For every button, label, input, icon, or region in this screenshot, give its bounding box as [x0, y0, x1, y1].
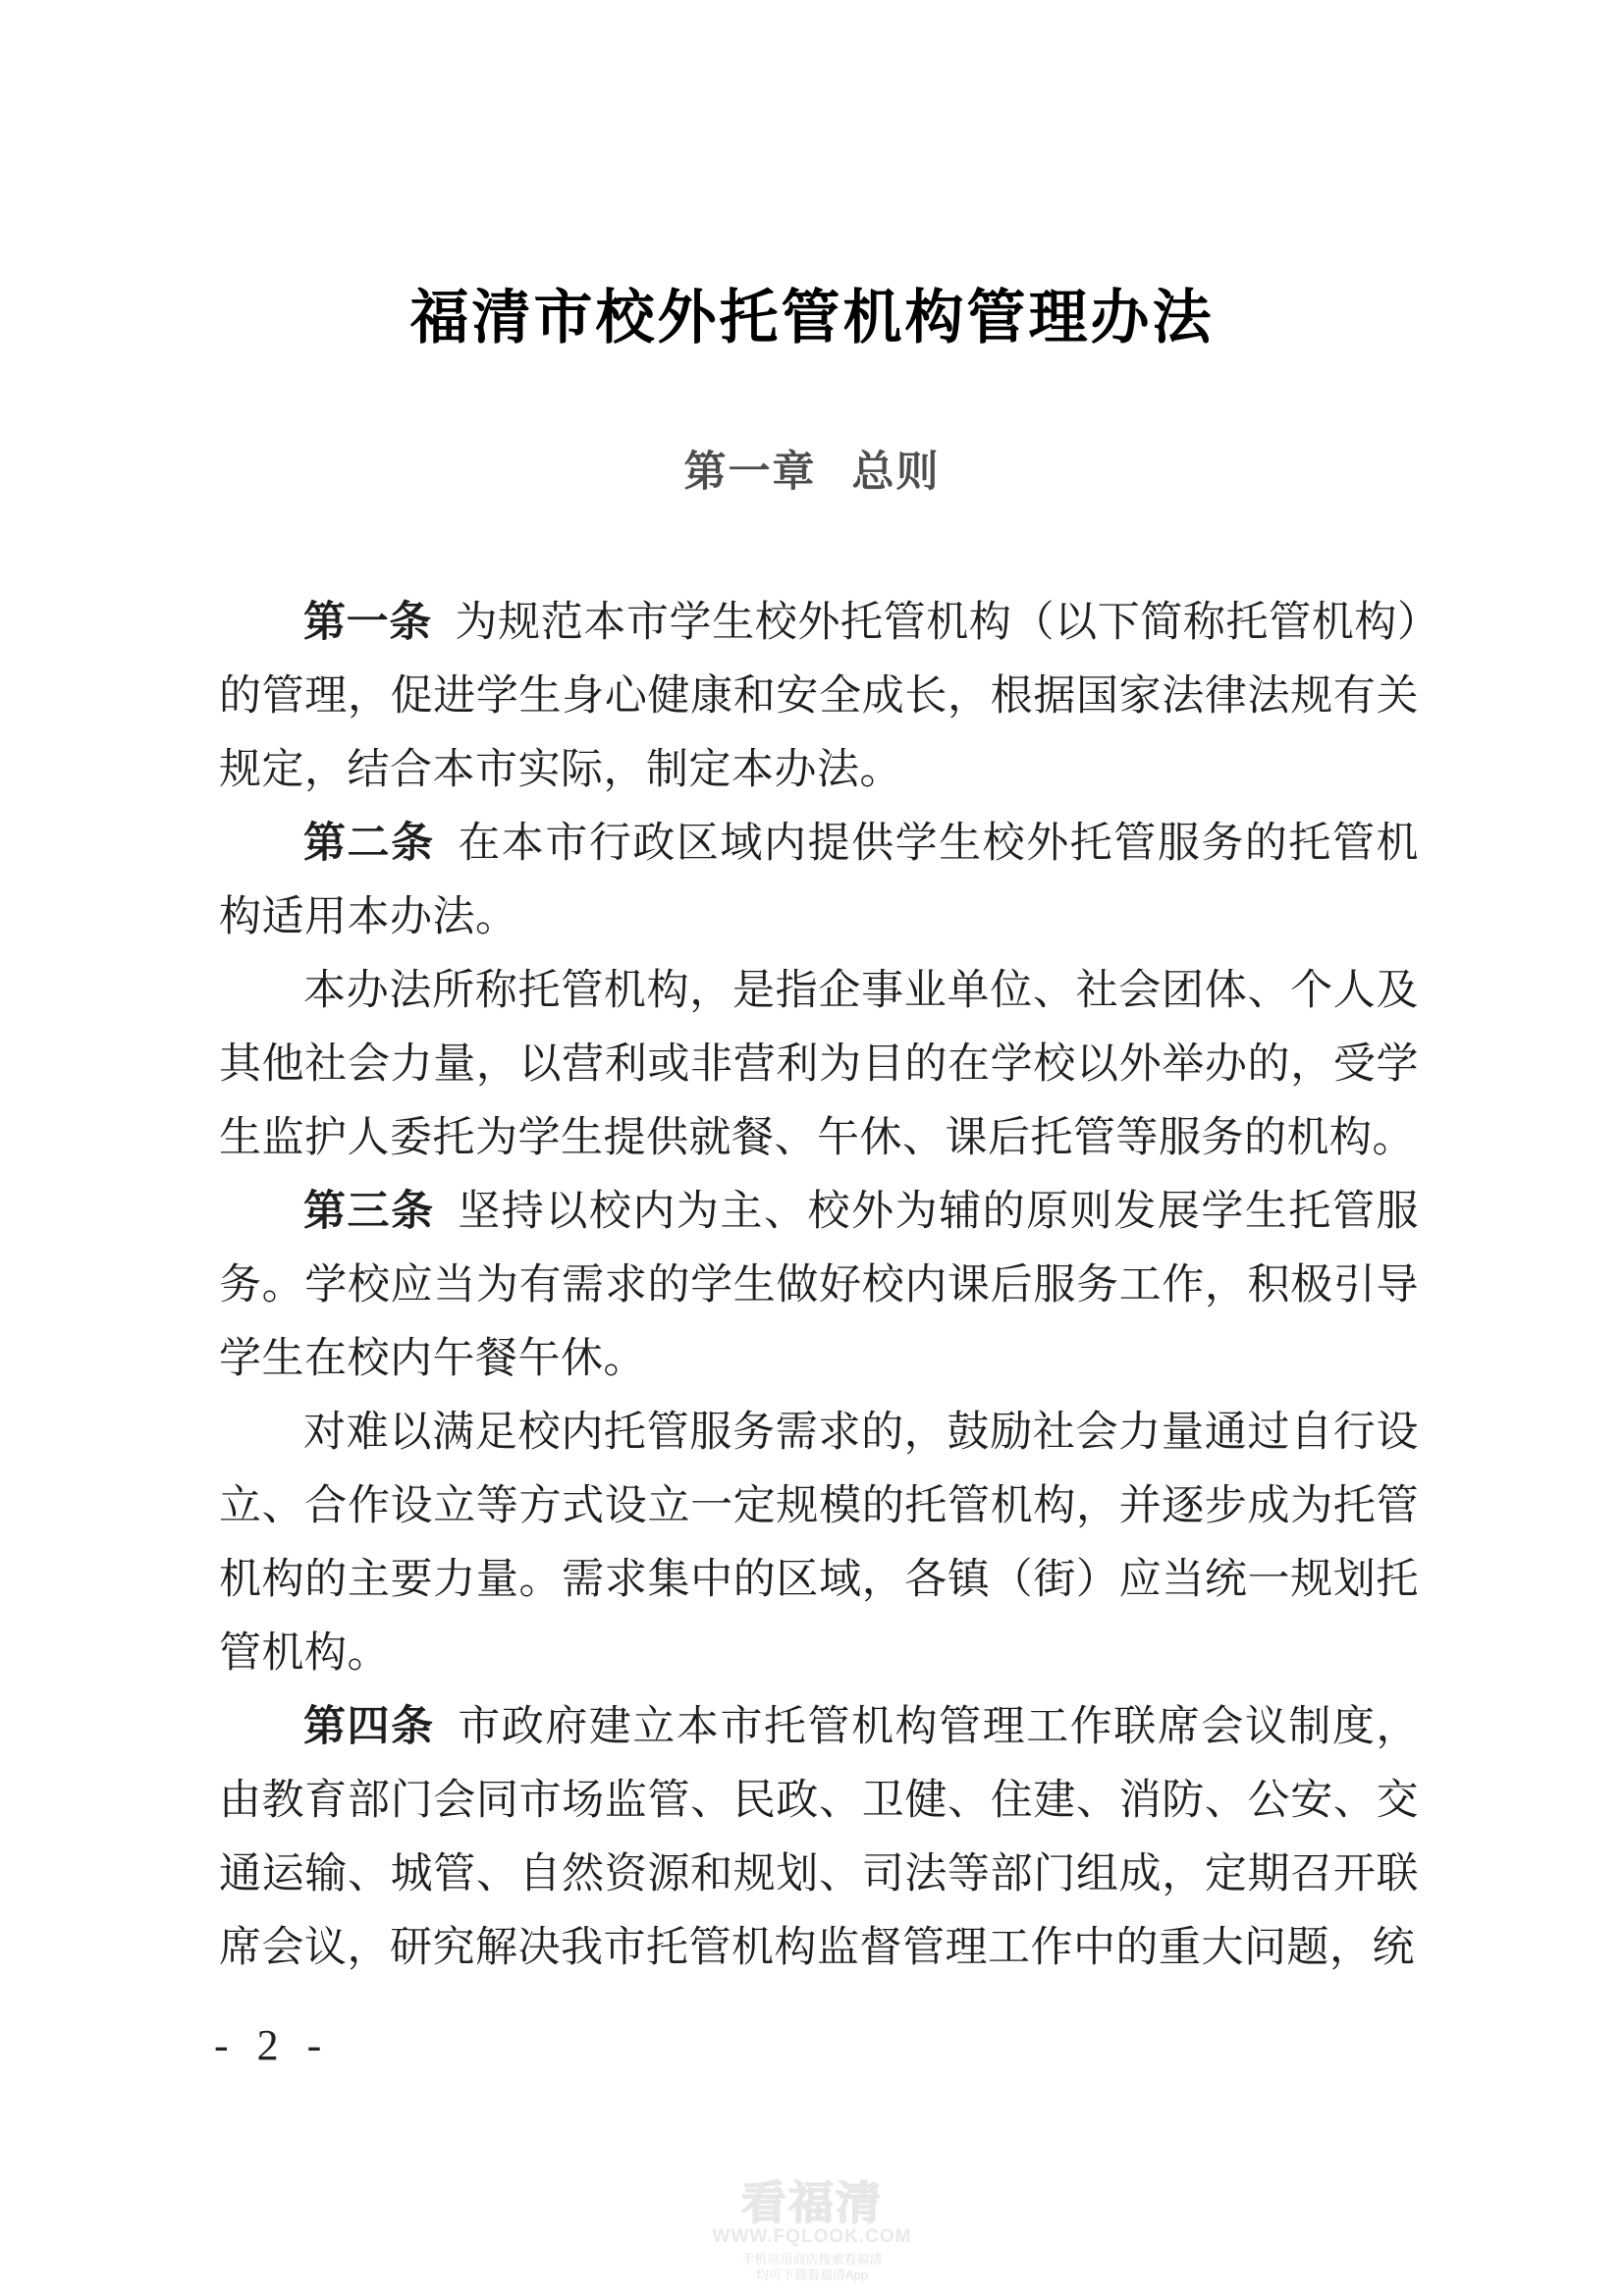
page-number: - 2 -	[214, 2020, 330, 2070]
article-number: 第三条	[303, 1189, 435, 1235]
article-number: 第一条	[303, 600, 432, 646]
body-paragraph: 本办法所称托管机构，是指企事业单位、社会团体、个人及其他社会力量，以营利或非营利…	[219, 954, 1419, 1175]
body-paragraph: 第四条市政府建立本市托管机构管理工作联席会议制度，由教育部门会同市场监管、民政、…	[219, 1690, 1419, 1985]
article-number: 第二条	[303, 821, 435, 867]
body-paragraph: 对难以满足校内托管服务需求的，鼓励社会力量通过自行设立、合作设立等方式设立一定规…	[219, 1396, 1419, 1690]
chapter-heading: 第一章 总则	[0, 448, 1624, 499]
body-paragraph: 第二条在本市行政区域内提供学生校外托管服务的托管机构适用本办法。	[219, 807, 1419, 954]
watermark-url: WWW.FQLOOK.COM	[0, 2226, 1624, 2247]
document-body: 第一条为规范本市学生校外托管机构（以下简称托管机构）的管理，促进学生身心健康和安…	[219, 586, 1419, 1985]
document-page: 福清市校外托管机构管理办法 第一章 总则 第一条为规范本市学生校外托管机构（以下…	[0, 0, 1624, 2296]
watermark-note-line1: 手机应用商店搜索看福清	[0, 2252, 1624, 2267]
watermark-logo: 看福清	[0, 2179, 1624, 2226]
watermark: 看福清 WWW.FQLOOK.COM 手机应用商店搜索看福清 均可下载看福清Ap…	[0, 2179, 1624, 2282]
watermark-note-line2: 均可下载看福清App	[0, 2268, 1624, 2282]
body-paragraph: 第三条坚持以校内为主、校外为辅的原则发展学生托管服务。学校应当为有需求的学生做好…	[219, 1175, 1419, 1396]
body-paragraph: 第一条为规范本市学生校外托管机构（以下简称托管机构）的管理，促进学生身心健康和安…	[219, 586, 1419, 807]
document-title: 福清市校外托管机构管理办法	[0, 283, 1624, 353]
article-number: 第四条	[303, 1704, 435, 1750]
